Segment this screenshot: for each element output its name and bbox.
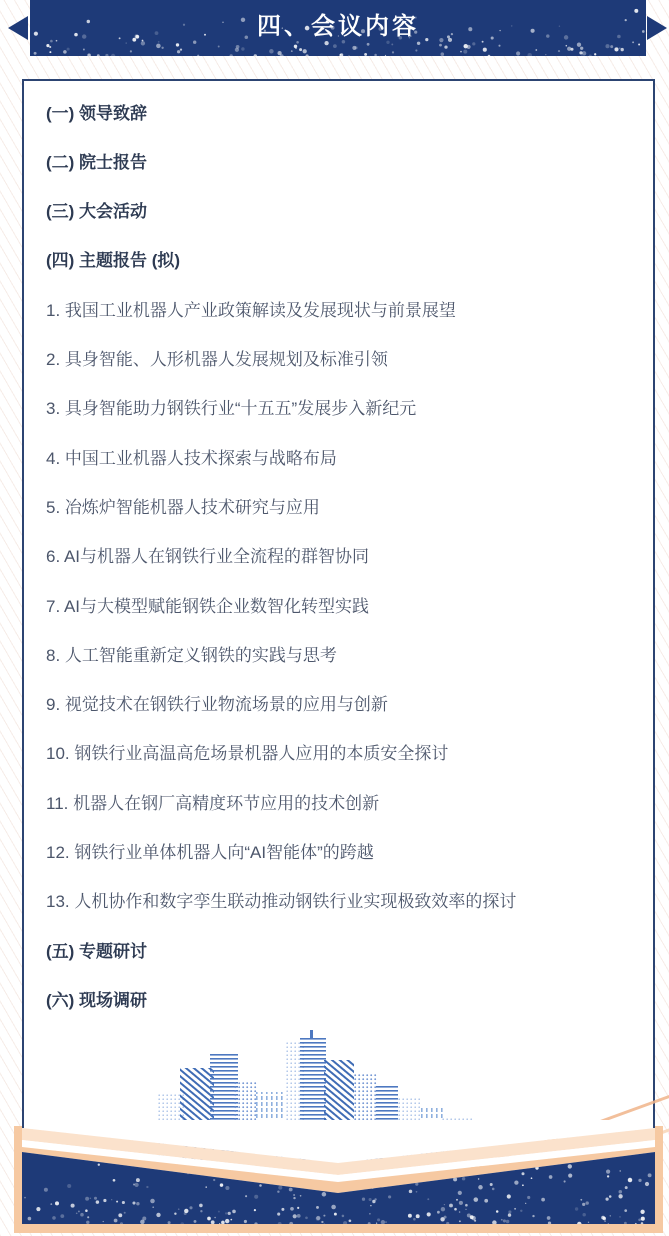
left-arrow-icon — [8, 16, 28, 40]
peach-frame-right — [655, 1126, 663, 1233]
banner: 四、会议内容 — [30, 0, 646, 56]
section-heading: (二) 院士报告 — [46, 138, 643, 187]
section-heading: (一) 领导致辞 — [46, 89, 643, 138]
agenda-item: 1. 我国工业机器人产业政策解读及发展现状与前景展望 — [46, 286, 643, 335]
agenda-item: 3. 具身智能助力钢铁行业“十五五”发展步入新纪元 — [46, 385, 643, 434]
agenda-item: 10. 钢铁行业高温高危场景机器人应用的本质安全探讨 — [46, 730, 643, 779]
agenda-item: 5. 冶炼炉智能机器人技术研究与应用 — [46, 483, 643, 532]
agenda-item: 4. 中国工业机器人技术探索与战略布局 — [46, 434, 643, 483]
agenda-item: 6. AI与机器人在钢铁行业全流程的群智协同 — [46, 533, 643, 582]
page: { "banner": { "title": "四、会议内容" }, "agen… — [0, 0, 669, 1236]
page-title: 四、会议内容 — [30, 0, 646, 54]
agenda-item: 9. 视觉技术在钢铁行业物流场景的应用与创新 — [46, 681, 643, 730]
right-arrow-icon — [647, 16, 667, 40]
agenda-item: 13. 人机协作和数字孪生联动推动钢铁行业实现极致效率的探讨 — [46, 878, 643, 927]
agenda-item: 2. 具身智能、人形机器人发展规划及标准引领 — [46, 335, 643, 384]
section-heading: (三) 大会活动 — [46, 188, 643, 237]
agenda-item: 8. 人工智能重新定义钢铁的实践与思考 — [46, 631, 643, 680]
section-heading: (六) 现场调研 — [46, 976, 643, 1025]
peach-frame-left — [14, 1126, 22, 1233]
section-heading: (四) 主题报告 (拟) — [46, 237, 643, 286]
agenda-item: 11. 机器人在钢厂高精度环节应用的技术创新 — [46, 779, 643, 828]
agenda-item: 12. 钢铁行业单体机器人向“AI智能体”的跨越 — [46, 828, 643, 877]
agenda-item: 7. AI与大模型赋能钢铁企业数智化转型实践 — [46, 582, 643, 631]
footer-banner — [22, 1120, 655, 1224]
agenda-card: (一) 领导致辞 (二) 院士报告 (三) 大会活动 (四) 主题报告 (拟) … — [22, 79, 655, 1120]
section-heading: (五) 专题研讨 — [46, 927, 643, 976]
peach-frame-bottom — [14, 1224, 663, 1233]
